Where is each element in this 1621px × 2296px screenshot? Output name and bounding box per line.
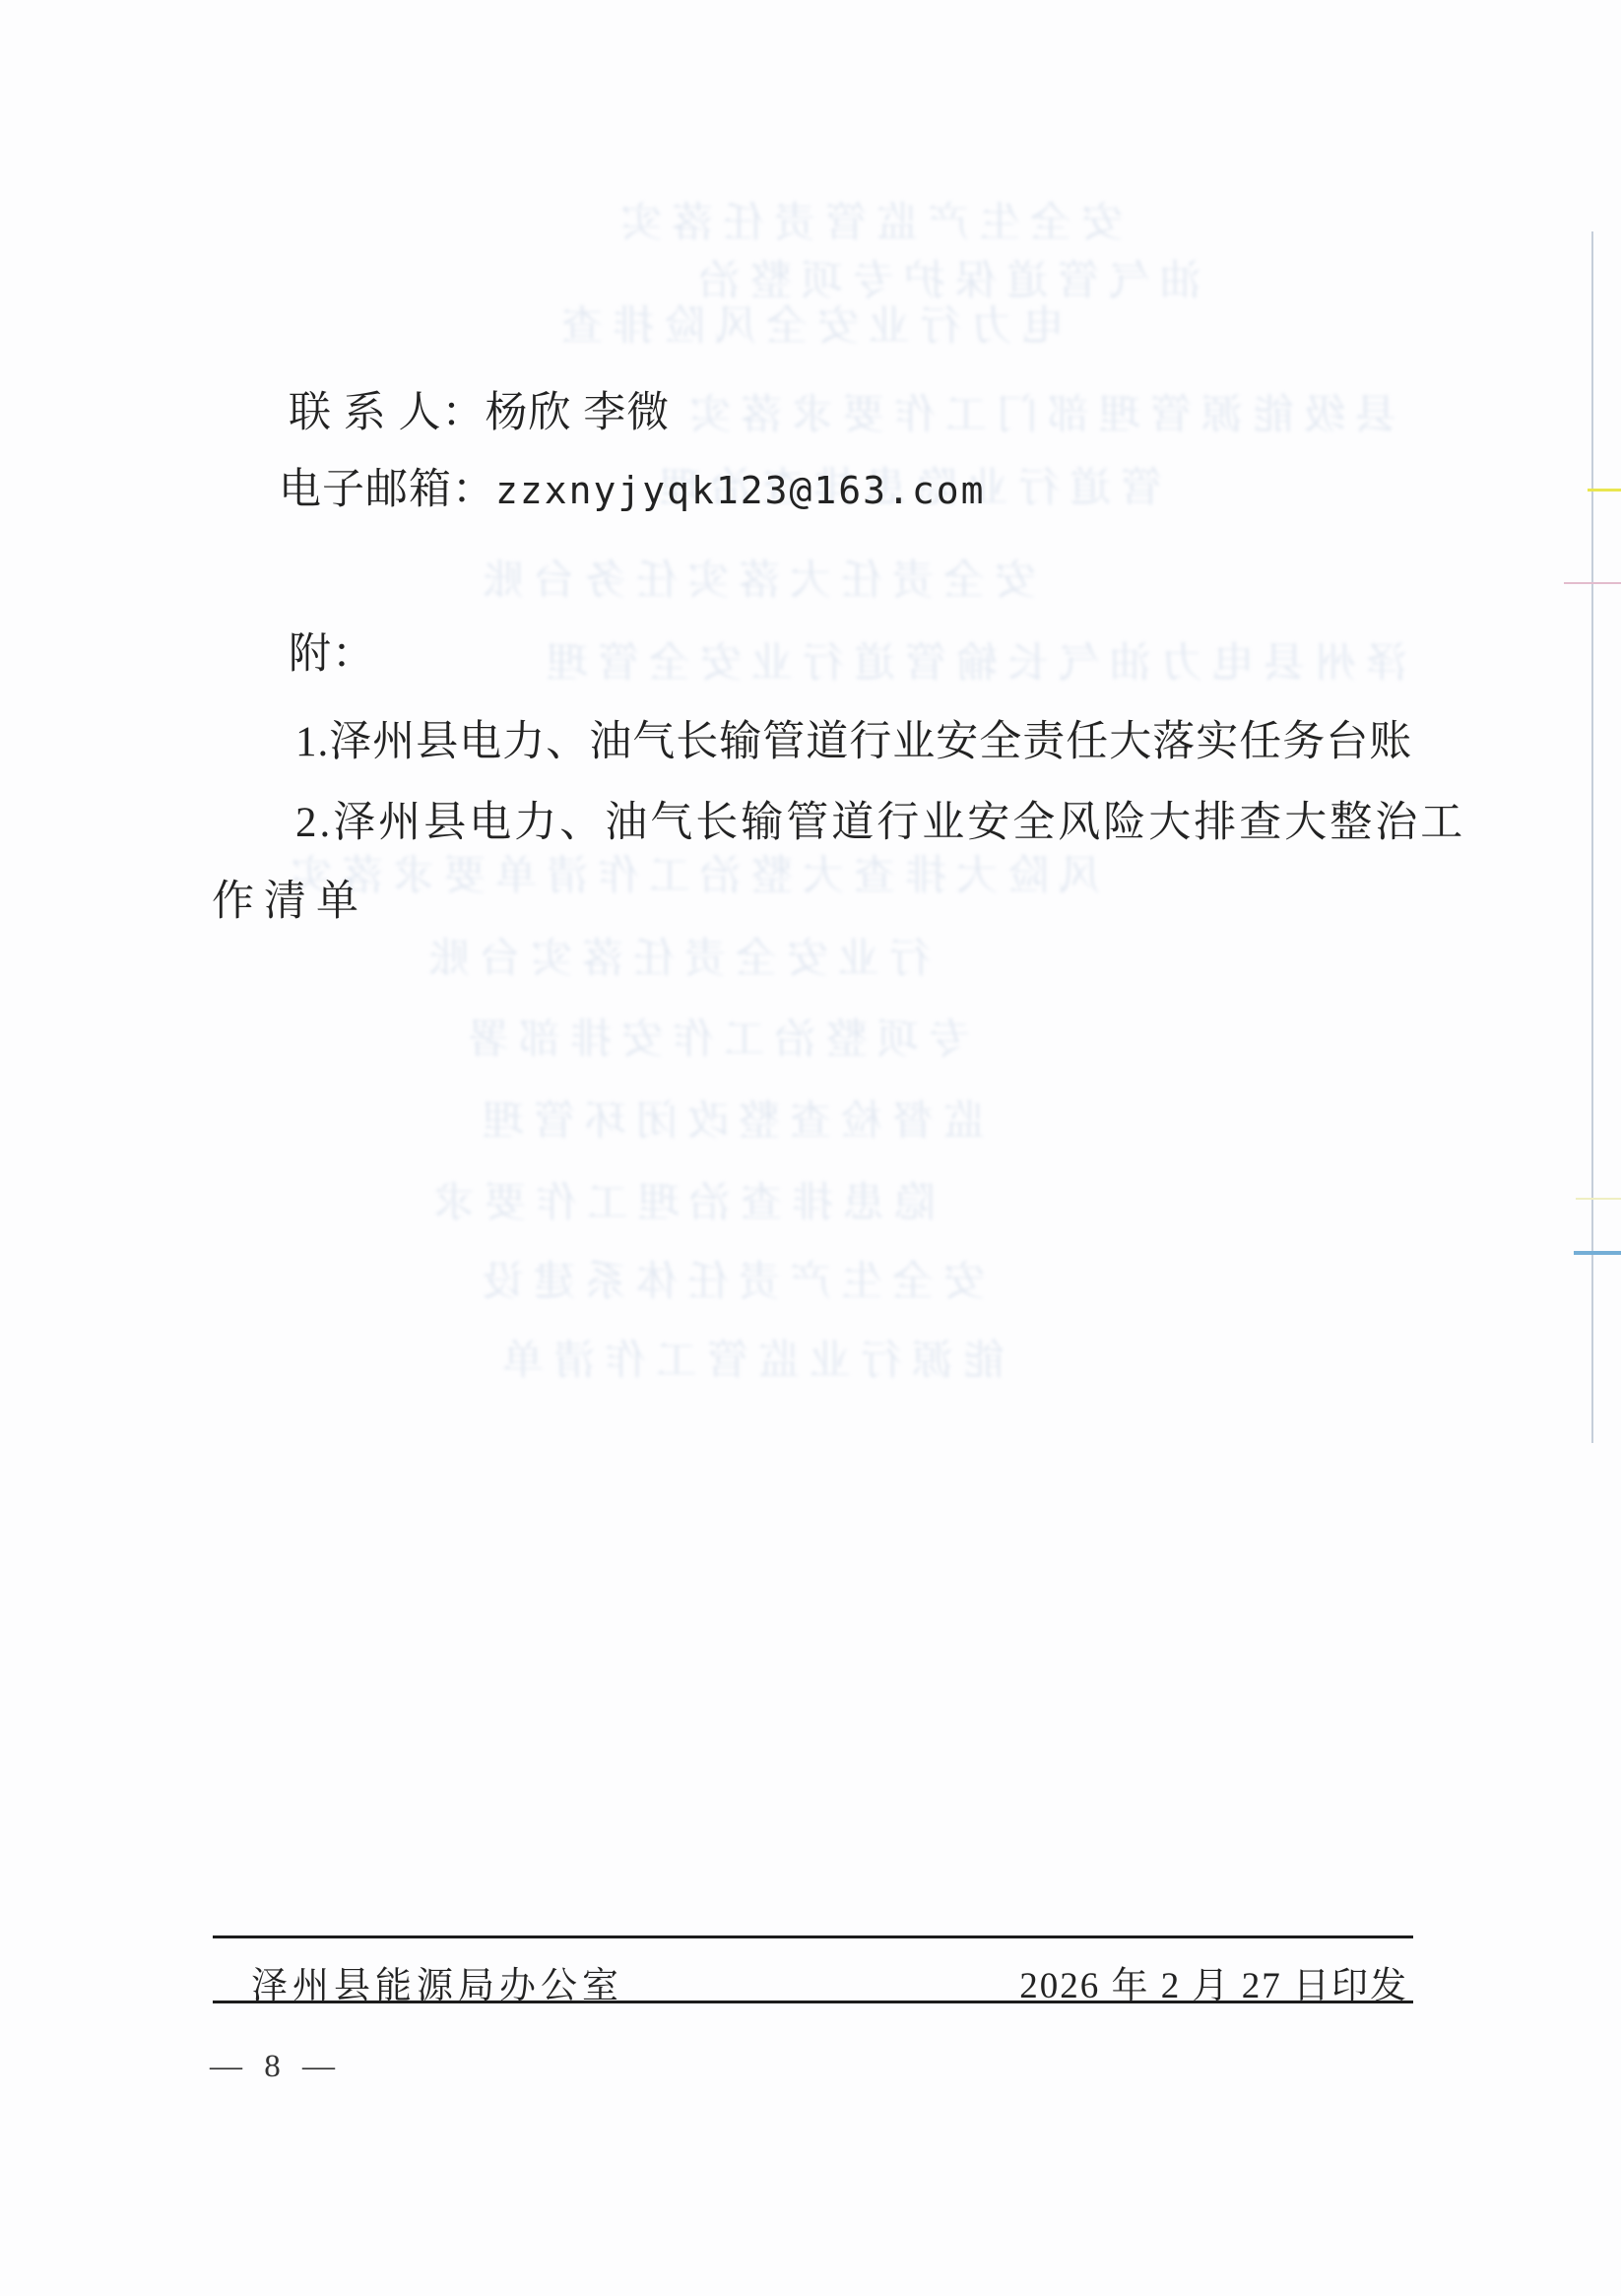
attachment-item-2-line-2: 作清单 — [212, 868, 368, 928]
scanner-vertical-line-artifact — [1591, 231, 1593, 1443]
ghost-text-row: 风险大排查大整治工作清单要求落实 — [281, 843, 1100, 902]
ghost-text-row: 能源行业监管工作清单 — [492, 1328, 1005, 1387]
ghost-text-row: 泽州县电力油气长输管道行业安全管理 — [537, 630, 1407, 689]
ghost-text-row: 安全生产监管责任落实 — [611, 190, 1123, 249]
ghost-text-row: 隐患排查治理工作要求 — [423, 1170, 936, 1229]
scanned-document-page: 安全生产监管责任落实 油气管道保护专项整治 电力行业安全风险排查 县级能源管理部… — [0, 0, 1621, 2296]
footer-bottom-rule — [213, 2001, 1413, 2003]
ghost-text-row: 专项整治工作安排部署 — [458, 1007, 970, 1066]
ghost-text-row: 安全责任大落实任务台账 — [473, 548, 1036, 607]
ghost-text-row: 油气管道保护专项整治 — [689, 248, 1201, 307]
email-label: 电子邮箱： — [279, 467, 495, 513]
ghost-text-row: 县级能源管理部门工作要求落实 — [680, 382, 1396, 441]
attachment-item-1: 1.泽州县电力、油气长输管道行业安全责任大落实任务台账 — [295, 708, 1412, 768]
contact-person-line: 联 系 人：杨欣 李微 — [289, 379, 670, 439]
email-address: zzxnyjyqk123@163.com — [495, 469, 986, 512]
ghost-text-row: 行业安全责任落实台账 — [419, 926, 931, 985]
scanner-blue-tick-artifact — [1574, 1251, 1621, 1255]
footer-top-rule — [213, 1935, 1413, 1938]
page-number: — 8 — — [210, 2049, 335, 2085]
ghost-text-row: 电力行业安全风险排查 — [551, 294, 1064, 353]
scanner-yellow-tick-artifact — [1588, 489, 1621, 492]
ghost-text-row: 安全生产责任体系建设 — [473, 1249, 985, 1308]
scanner-pink-tick-artifact — [1564, 582, 1621, 584]
attachment-item-2-line-1: 2.泽州县电力、油气长输管道行业安全风险大排查大整治工 — [295, 789, 1465, 849]
contact-email-line: 电子邮箱：zzxnyjyqk123@163.com — [279, 456, 986, 516]
scanner-yellow-tick-artifact — [1576, 1198, 1621, 1200]
attachments-heading: 附： — [289, 621, 375, 681]
ghost-text-row: 监督检查整改闭环管理 — [473, 1088, 985, 1148]
